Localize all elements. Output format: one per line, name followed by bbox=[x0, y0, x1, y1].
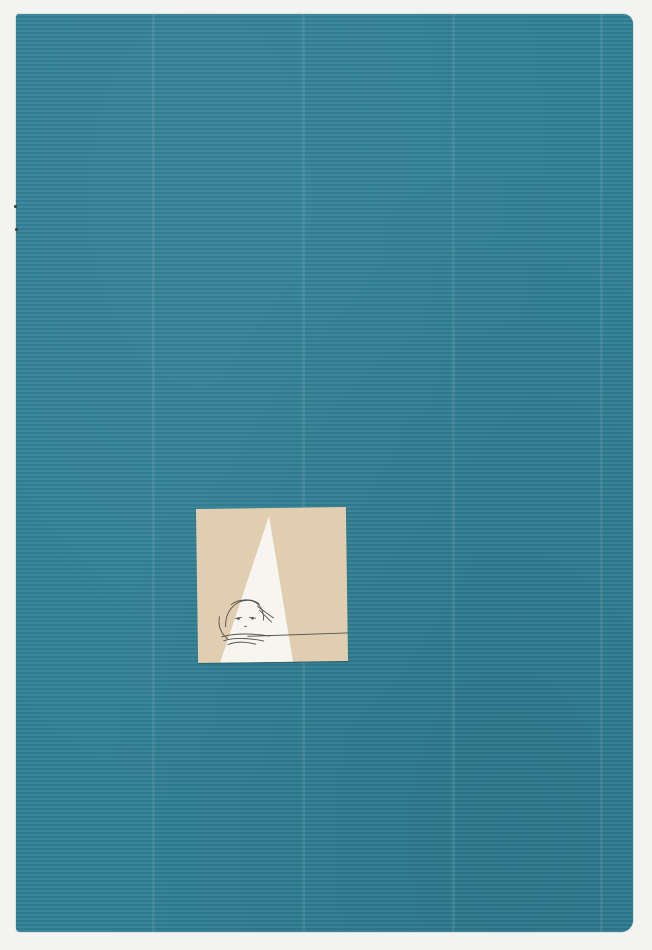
pasted-label-illustration bbox=[196, 507, 348, 663]
chain-line bbox=[302, 14, 305, 932]
booklet-cover bbox=[16, 14, 633, 932]
chain-line bbox=[600, 14, 603, 932]
light-beam-shape bbox=[218, 516, 293, 663]
paper-texture bbox=[16, 14, 633, 932]
chain-line bbox=[152, 14, 155, 932]
chain-line bbox=[452, 14, 455, 932]
illustration-drawing bbox=[196, 507, 348, 663]
edge-nick bbox=[15, 228, 18, 231]
edge-nick bbox=[14, 205, 17, 208]
